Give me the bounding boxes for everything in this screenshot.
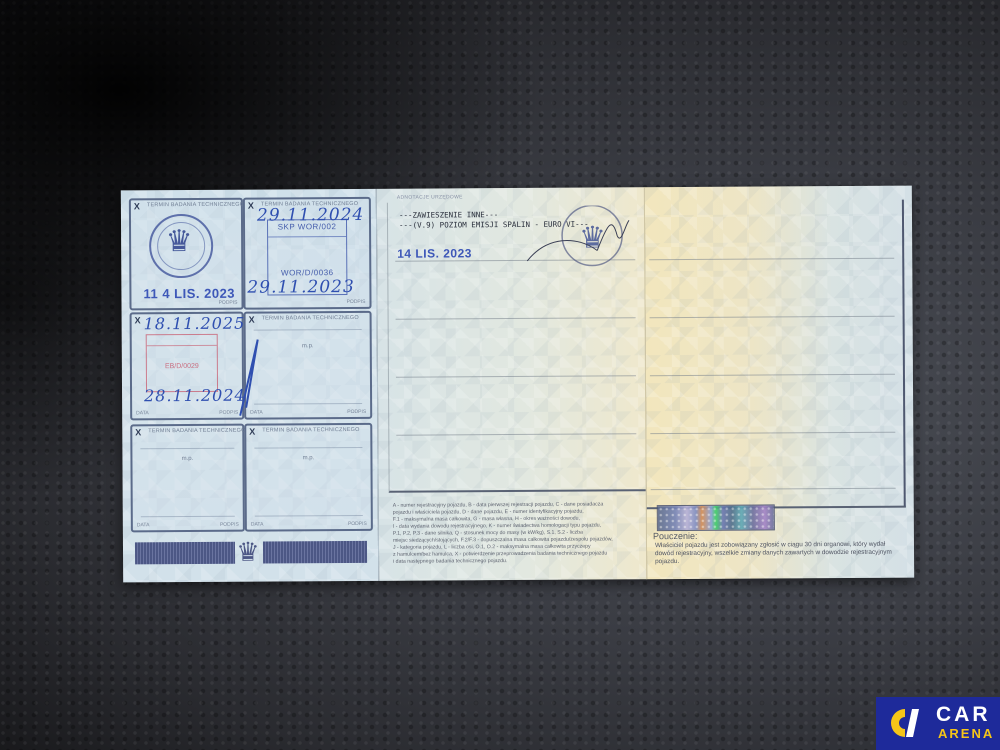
x-mark: X <box>134 201 140 211</box>
stamp-date: 14 LIS. 2023 <box>397 246 472 260</box>
date-label: DATA <box>251 522 264 528</box>
car-arena-logo: CAR ARENA <box>876 697 1000 750</box>
guilloche-band-right <box>263 541 367 564</box>
signature-label: PODPIS <box>220 522 239 528</box>
signature-label: PODPIS <box>347 409 366 415</box>
car-arena-logo-icon <box>888 706 922 740</box>
logo-text-arena: ARENA <box>938 726 994 741</box>
x-mark: X <box>248 201 254 211</box>
registration-document: X TERMIN BADANIA TECHNICZNEGO ♛ 11 4 LIS… <box>121 186 913 583</box>
signature-label: PODPIS <box>348 521 367 527</box>
inspection-box-6: X TERMIN BADANIA TECHNICZNEGO m.p. DATA … <box>244 423 373 532</box>
handwritten-next-date: 29.11.2024 <box>257 205 364 226</box>
inspection-box-1: X TERMIN BADANIA TECHNICZNEGO ♛ 11 4 LIS… <box>129 198 244 311</box>
box-header: TERMIN BADANIA TECHNICZNEGO <box>262 427 359 434</box>
guilloche-band-left <box>135 542 235 565</box>
box-header: TERMIN BADANIA TECHNICZNEGO <box>262 315 359 322</box>
hologram-security-strip <box>657 504 775 531</box>
mp-label: m.p. <box>246 455 370 462</box>
field-legend: A - numer rejestracyjny pojazdu, B - dat… <box>393 501 643 566</box>
date-label: DATA <box>137 522 150 528</box>
inspection-box-5: X TERMIN BADANIA TECHNICZNEGO m.p. DATA … <box>130 424 245 533</box>
pouczenie-title: Pouczenie: <box>653 531 698 541</box>
inspection-page: X TERMIN BADANIA TECHNICZNEGO ♛ 11 4 LIS… <box>121 189 378 583</box>
annotations-page: ADNOTACJE URZĘDOWE ---ZAWIESZENIE INNE--… <box>376 187 647 581</box>
box-header: TERMIN BADANIA TECHNICZNEGO <box>148 428 245 435</box>
handwritten-inspection-date: 28.11.2024 <box>144 386 246 406</box>
x-mark: X <box>135 315 141 325</box>
inspection-box-2: X TERMIN BADANIA TECHNICZNEGO SKP WOR/00… <box>243 197 372 310</box>
inspection-box-3: X EB/D/0029 18.11.2025 28.11.2024 DATA P… <box>130 312 245 421</box>
typed-annotation-1: ---ZAWIESZENIE INNE--- <box>399 210 498 220</box>
eagle-emblem-icon: ♛ <box>233 536 263 568</box>
x-mark: X <box>249 427 255 437</box>
logo-text-car: CAR <box>936 703 991 727</box>
box-header: TERMIN BADANIA TECHNICZNEGO <box>147 202 244 209</box>
inspection-box-4: X TERMIN BADANIA TECHNICZNEGO m.p. DATA … <box>244 311 373 420</box>
mp-label: m.p. <box>132 456 242 463</box>
pouczenie-text: Właściciel pojazdu jest zobowiązany zgło… <box>655 541 905 567</box>
instructions-page: Pouczenie: Właściciel pojazdu jest zobow… <box>644 186 914 580</box>
x-mark: X <box>135 427 141 437</box>
pen-stroke-mark <box>236 338 266 418</box>
red-inspection-stamp: EB/D/0029 <box>146 334 218 392</box>
handwritten-inspection-date: 29.11.2023 <box>247 277 354 298</box>
signature-label: PODPIS <box>347 299 366 305</box>
official-seal-and-signature: ♛ <box>517 205 632 276</box>
date-label: DATA <box>136 410 149 416</box>
section-label: ADNOTACJE URZĘDOWE <box>397 194 463 200</box>
x-mark: X <box>249 315 255 325</box>
handwritten-next-date: 18.11.2025 <box>144 314 246 334</box>
signature-label: PODPIS <box>219 300 238 306</box>
eagle-emblem-icon: ♛ <box>161 224 197 260</box>
